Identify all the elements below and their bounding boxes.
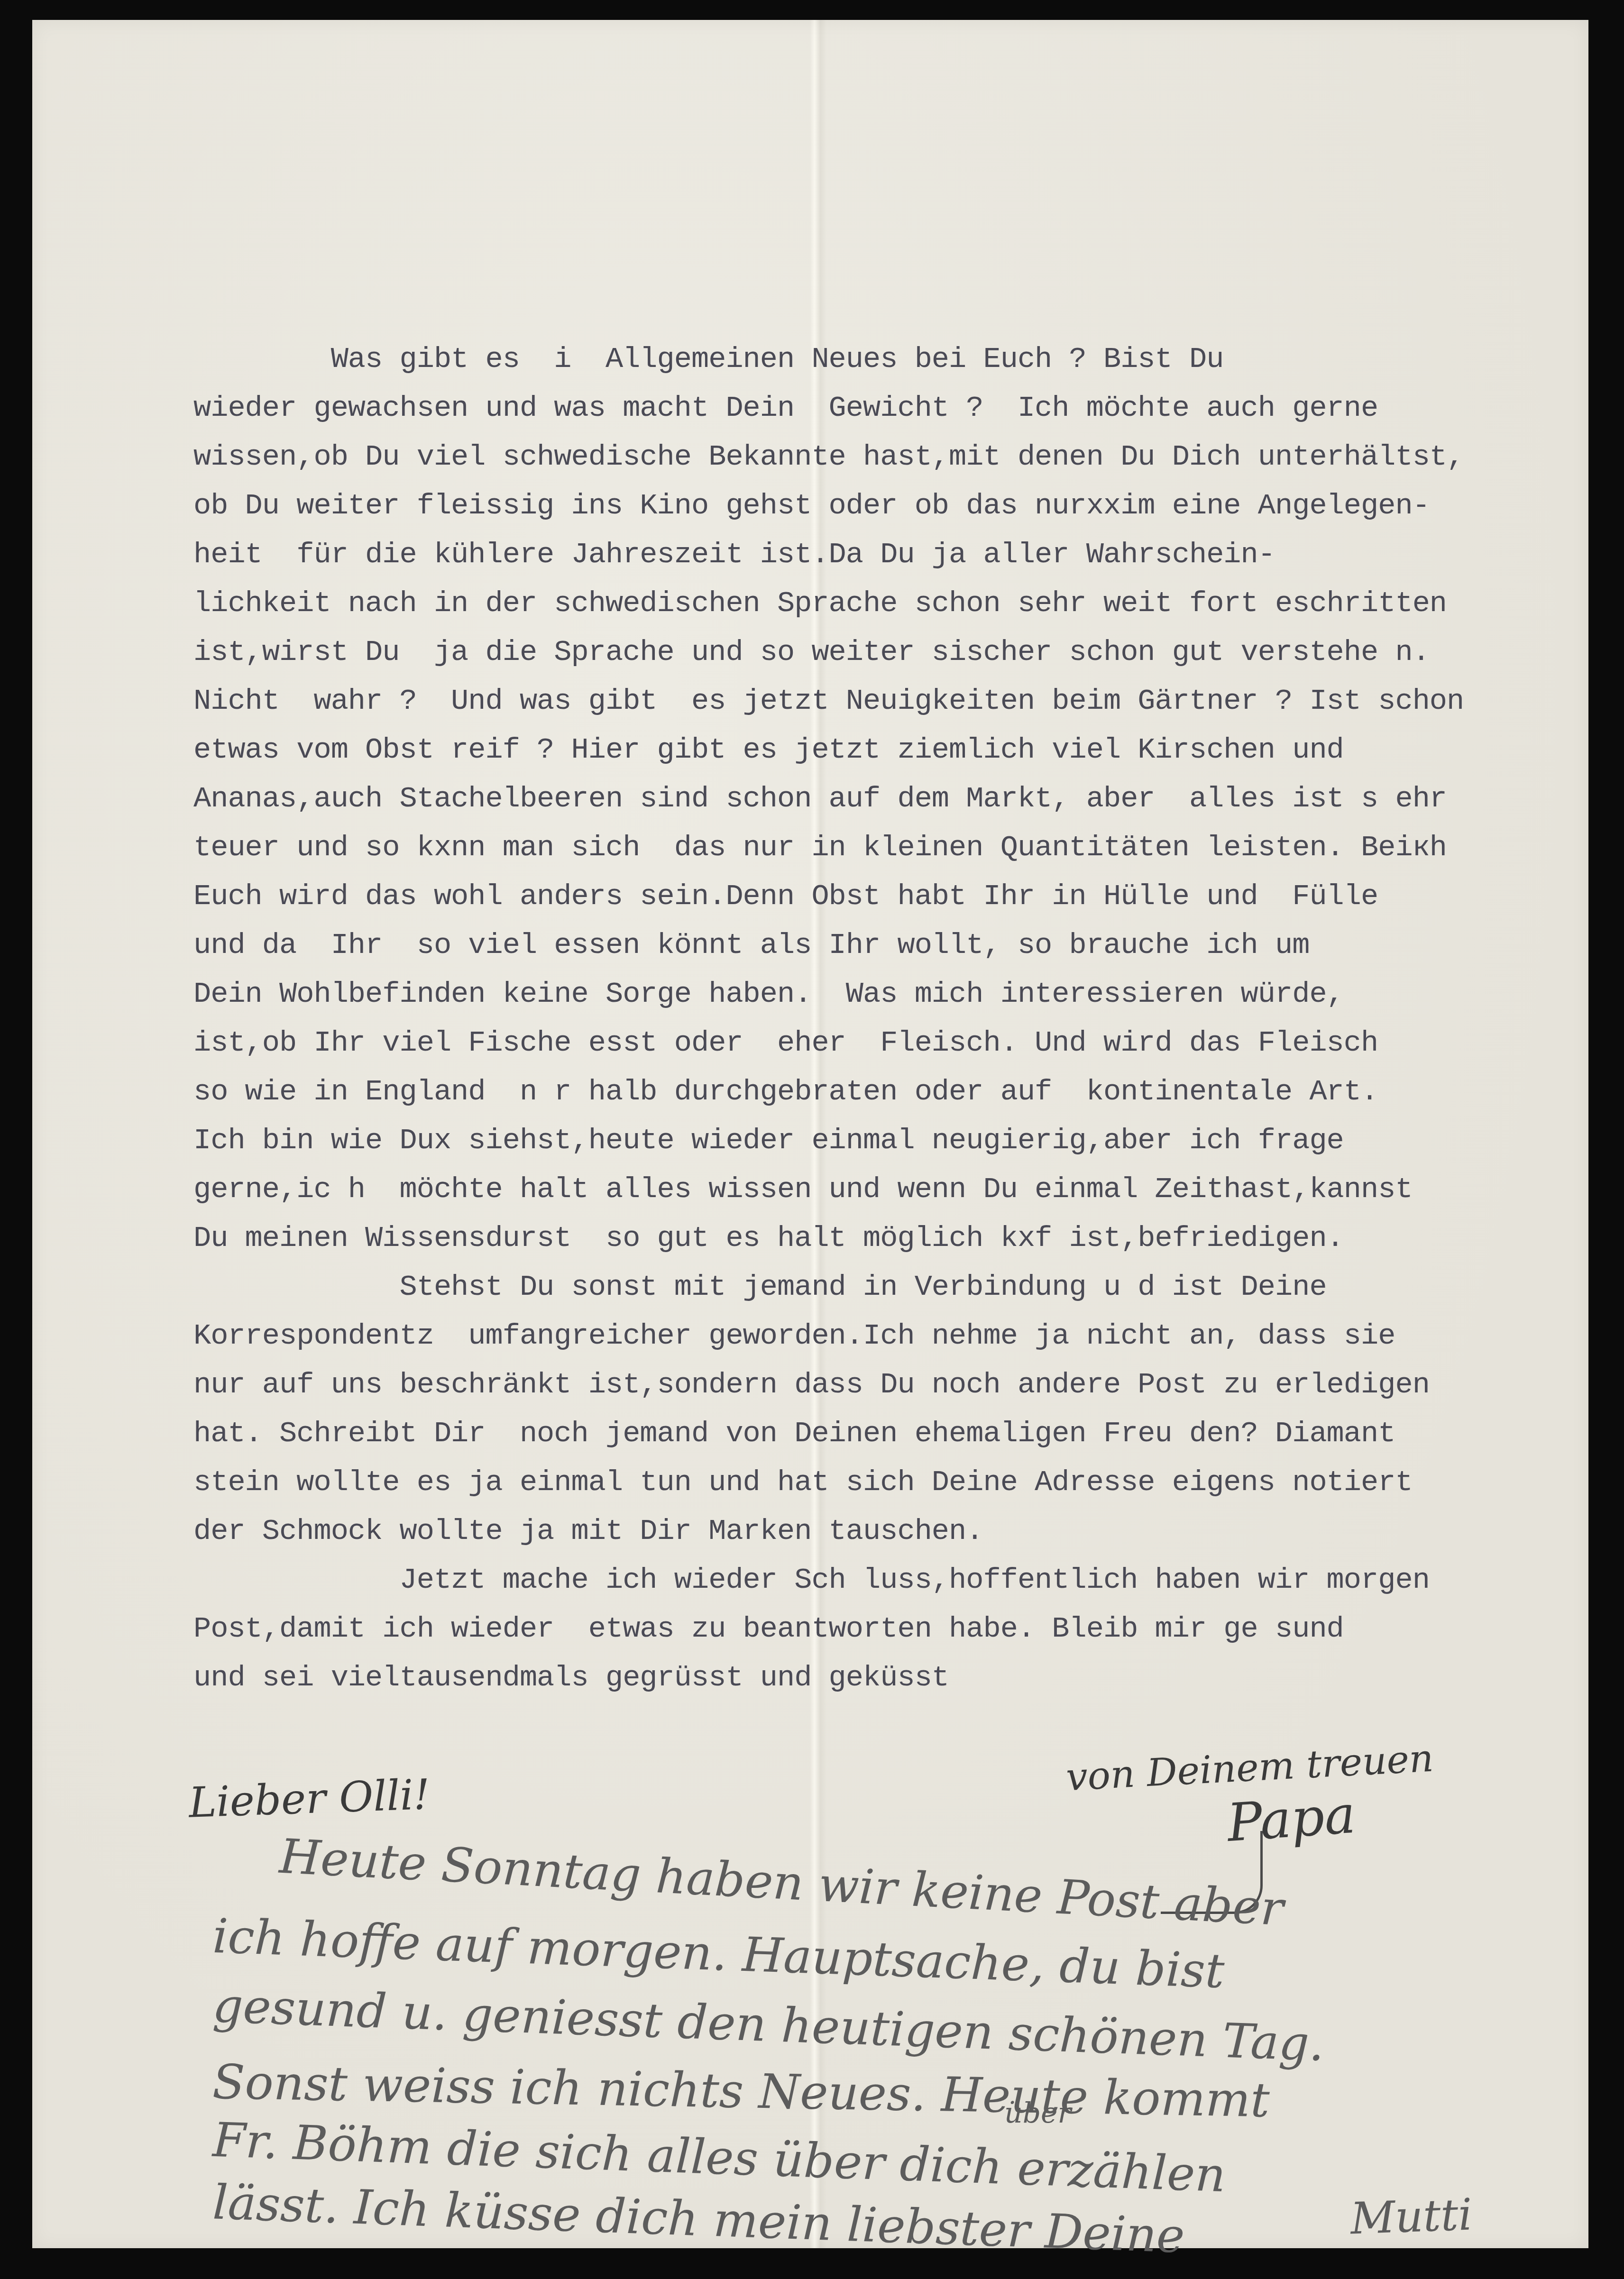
typed-line: Ananas,auch Stachelbeeren sind schon auf…	[193, 782, 1447, 815]
typed-line: so wie in England n r halb durchgebraten…	[193, 1075, 1378, 1108]
postscript-line: Sonst weiss ich nichts Neues. Heute komm…	[212, 2054, 1270, 2128]
typed-line: gerne,ic h möchte halt alles wissen und …	[193, 1172, 1413, 1206]
typed-line: ist,wirst Du ja die Sprache und so weite…	[193, 635, 1430, 669]
typed-line: nur auf uns beschränkt ist,sondern dass …	[193, 1368, 1430, 1401]
typed-line: Nicht wahr ? Und was gibt es jetzt Neuig…	[193, 684, 1464, 718]
typed-line: Was gibt es i Allgemeinen Neues bei Euch…	[193, 342, 1223, 376]
typed-line: wieder gewachsen und was macht Dein Gewi…	[193, 391, 1378, 425]
typed-line: ist,ob Ihr viel Fische esst oder eher Fl…	[193, 1026, 1378, 1060]
postscript-salutation: Lieber Olli!	[188, 1770, 431, 1827]
typed-line: wissen,ob Du viel schwedische Bekannte h…	[193, 440, 1464, 474]
closing-line: von Deinem treuen	[1065, 1736, 1434, 1799]
typed-line: Du meinen Wissensdurst so gut es halt mö…	[193, 1221, 1344, 1255]
typed-line: teuer und so kxnn man sich das nur in kl…	[193, 831, 1447, 864]
typed-line: lichkeit nach in der schwedischen Sprach…	[193, 586, 1447, 620]
typed-line: ob Du weiter fleissig ins Kino gehst ode…	[193, 489, 1430, 522]
typed-line: Korrespondentz umfangreicher geworden.Ic…	[193, 1319, 1395, 1353]
signature-mutti: Mutti	[1349, 2189, 1473, 2244]
typed-line: Jetzt mache ich wieder Sch luss,hoffentl…	[193, 1563, 1430, 1597]
postscript-insertion: über	[1004, 2096, 1071, 2130]
typed-line: heit für die kühlere Jahreszeit ist.Da D…	[193, 538, 1275, 571]
typed-line: und da Ihr so viel essen könnt als Ihr w…	[193, 928, 1309, 962]
typed-line: der Schmock wollte ja mit Dir Marken tau…	[193, 1514, 983, 1548]
typed-line: Ich bin wie Dux siehst,heute wieder einm…	[193, 1124, 1344, 1157]
typed-line: und sei vieltausendmals gegrüsst und gek…	[193, 1661, 949, 1694]
typed-line: hat. Schreibt Dir noch jemand von Deinen…	[193, 1417, 1395, 1450]
letter-page: Was gibt es i Allgemeinen Neues bei Euch…	[32, 20, 1588, 2248]
typed-line: etwas vom Obst reif ? Hier gibt es jetzt…	[193, 733, 1344, 767]
typed-line: Dein Wohlbefinden keine Sorge haben. Was…	[193, 977, 1344, 1011]
typed-line: Euch wird das wohl anders sein.Denn Obst…	[193, 879, 1378, 913]
typed-line: Stehst Du sonst mit jemand in Verbindung…	[193, 1270, 1327, 1304]
typed-line: stein wollte es ja einmal tun und hat si…	[193, 1465, 1413, 1499]
typed-line: Post,damit ich wieder etwas zu beantwort…	[193, 1612, 1344, 1646]
